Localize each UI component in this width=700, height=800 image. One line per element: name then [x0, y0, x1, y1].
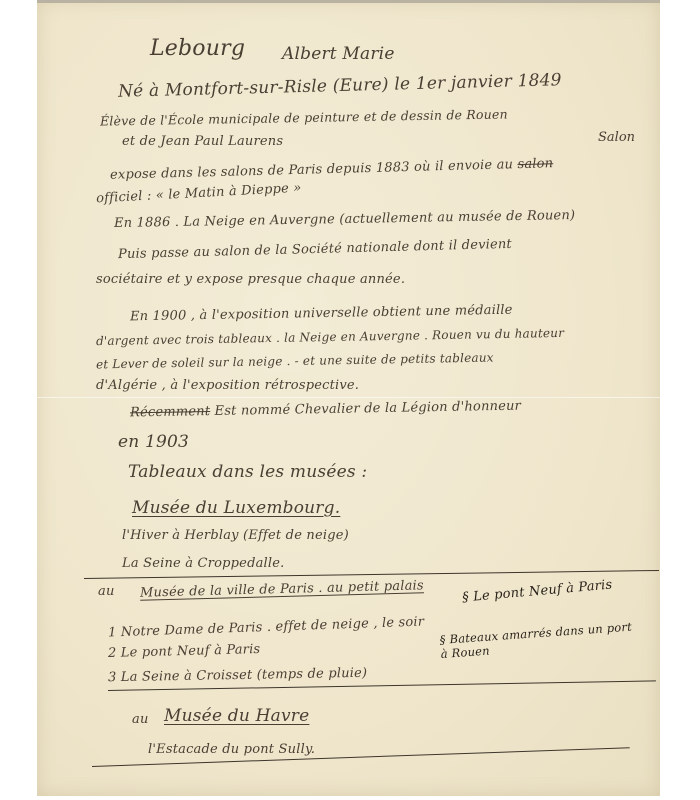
- museum-luxembourg-work-2: La Seine à Croppedalle.: [122, 556, 285, 571]
- heading-surname: Lebourg: [150, 36, 245, 61]
- paper-fold-crease: [37, 397, 660, 398]
- museum-luxembourg-heading: Musée du Luxembourg.: [132, 498, 340, 518]
- bio-line-algerie: d'Algérie , à l'exposition rétrospective…: [96, 378, 359, 393]
- museum-havre-heading: Musée du Havre: [164, 706, 309, 726]
- bio-line-societaire: sociétaire et y expose presque chaque an…: [96, 272, 405, 287]
- heading-given-names: Albert Marie: [282, 44, 395, 64]
- bio-line-1903: en 1903: [118, 432, 189, 452]
- museum-havre-work-1: l'Estacade du pont Sully.: [148, 742, 315, 757]
- struck-word-salon: salon: [517, 156, 553, 172]
- paper-top-edge: [37, 0, 660, 3]
- bio-line-teacher: et de Jean Paul Laurens: [122, 134, 283, 149]
- museums-heading: Tableaux dans les musées :: [128, 462, 367, 482]
- struck-word-recemment: Récemment: [130, 404, 210, 420]
- museum-luxembourg-work-1: l'Hiver à Herblay (Effet de neige): [122, 528, 349, 543]
- museum-havre-prefix: au: [132, 712, 149, 727]
- inserted-word-salon: Salon: [598, 130, 635, 145]
- museum-paris-prefix: au: [98, 584, 115, 599]
